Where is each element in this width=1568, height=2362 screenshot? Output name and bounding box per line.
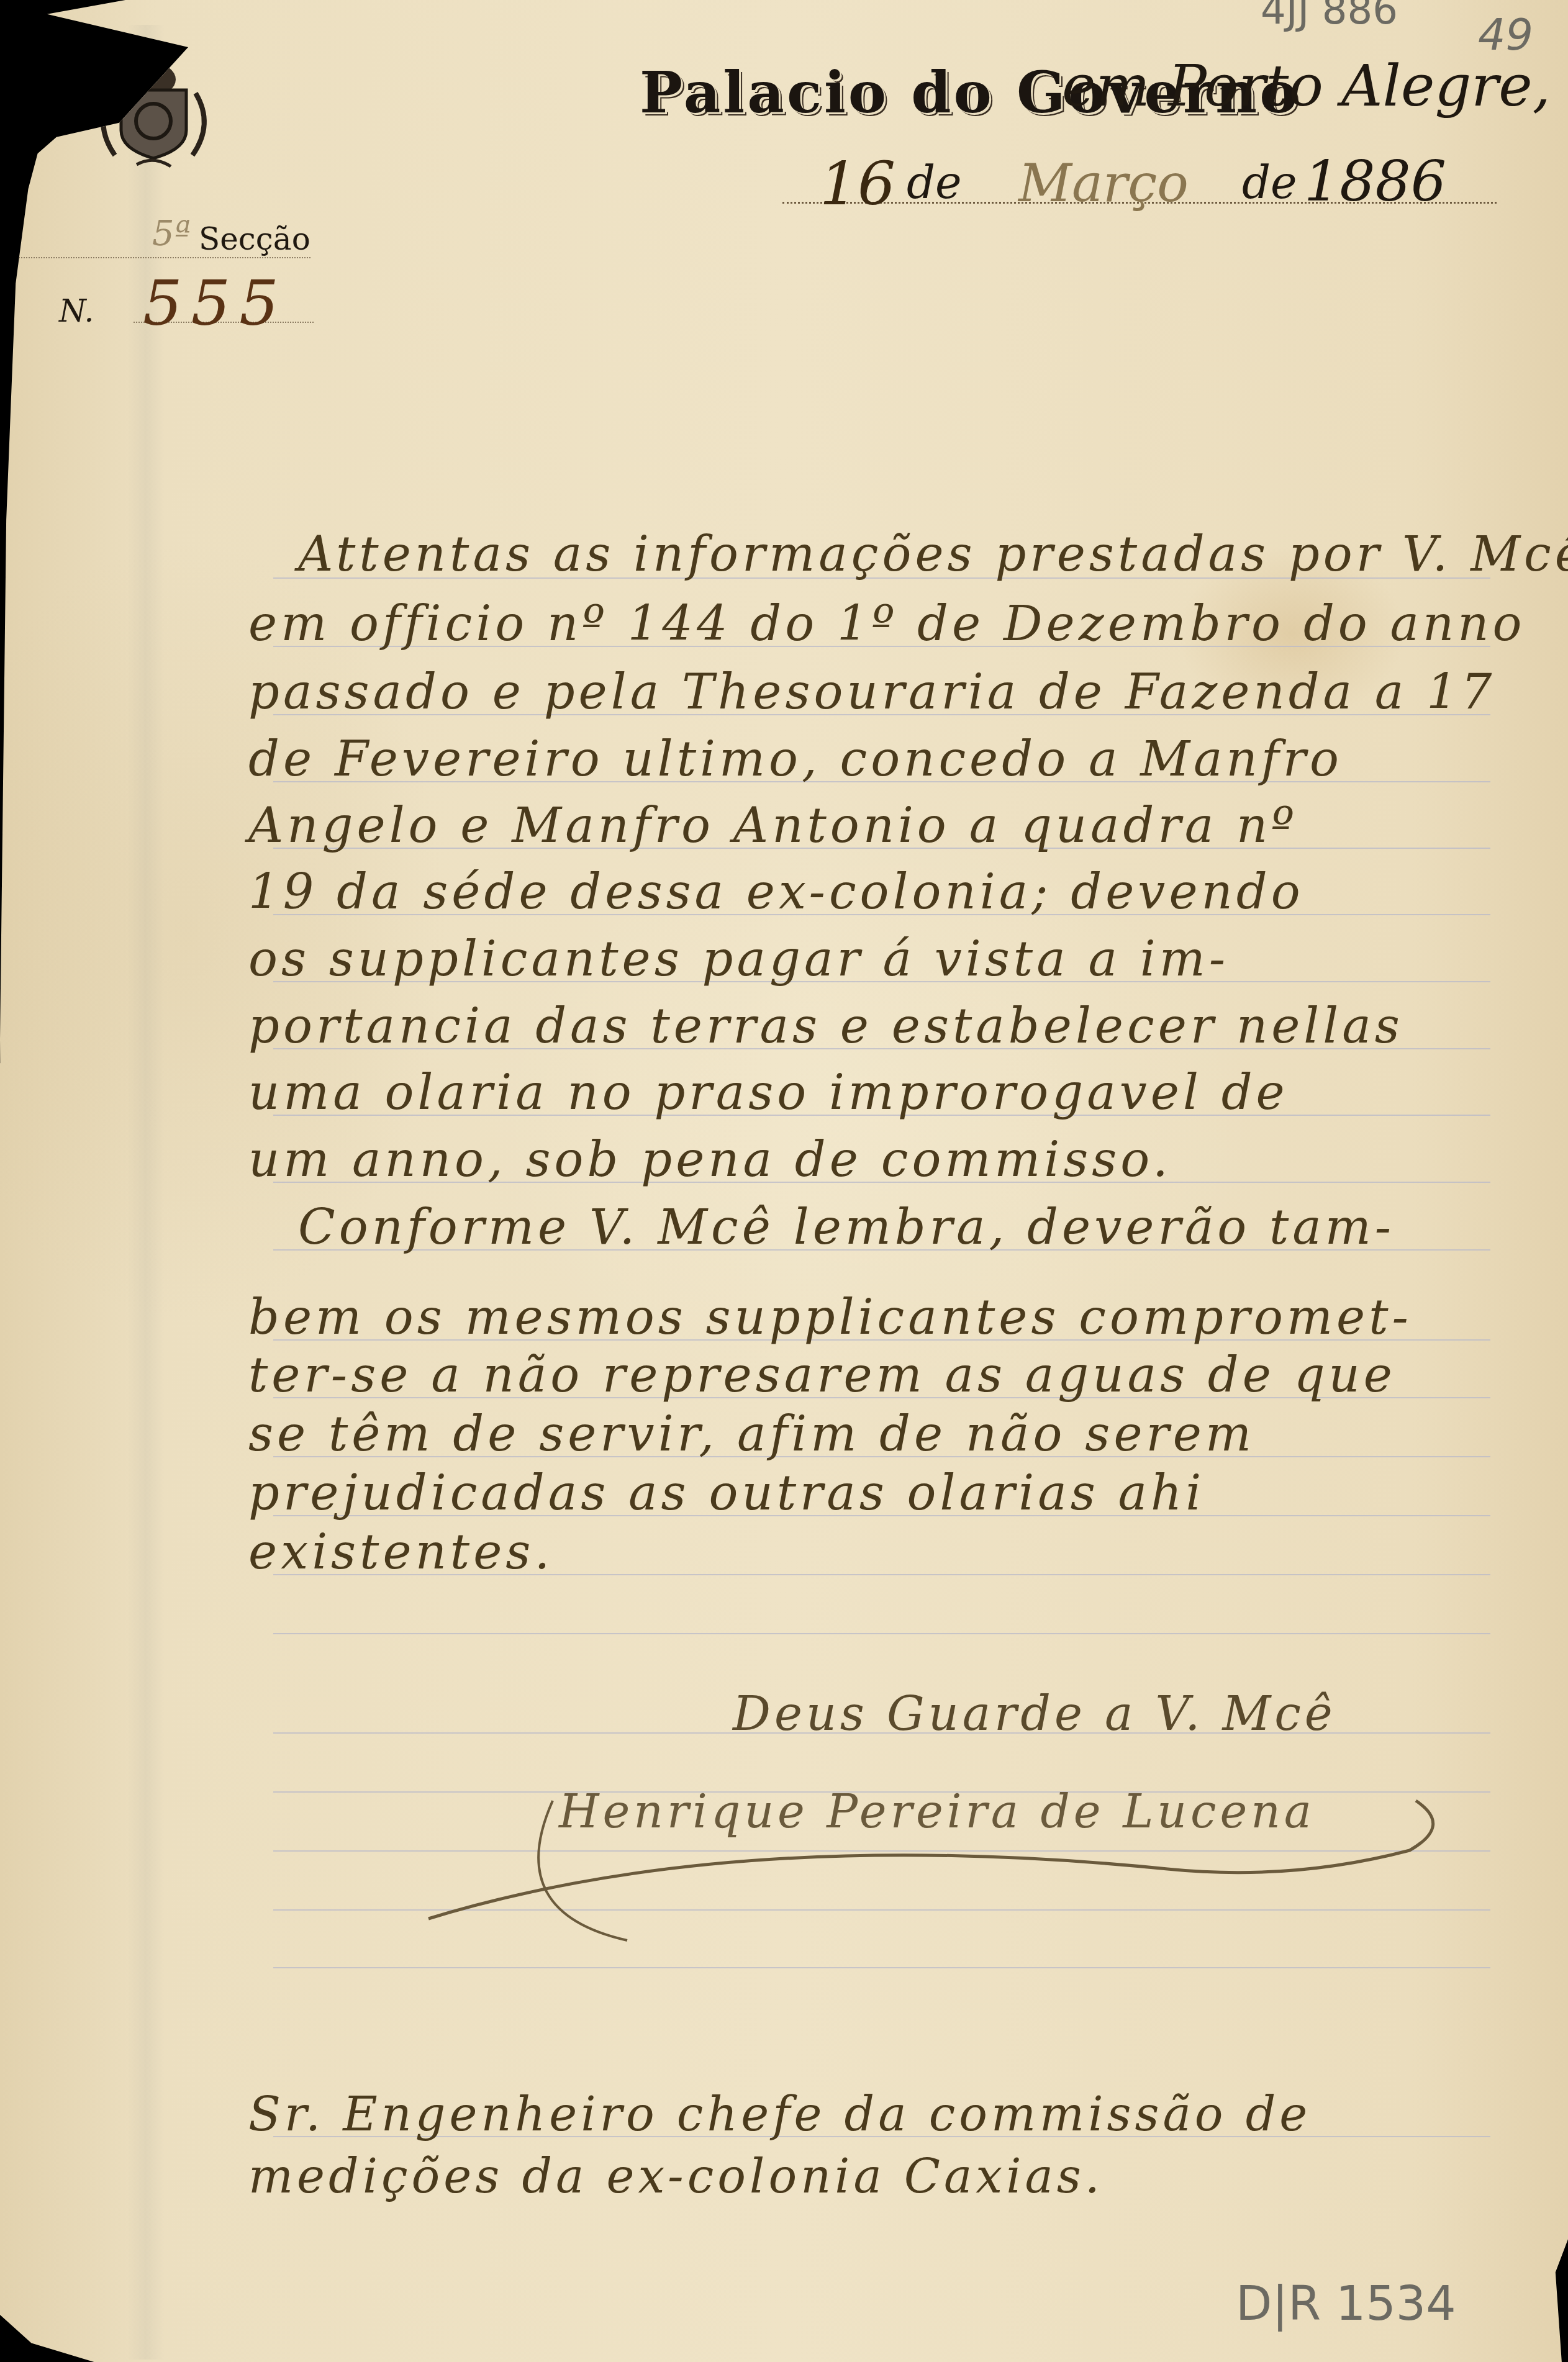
body-line: um anno, sob pena de commisso.: [248, 1132, 1172, 1188]
body-line: os supplicantes pagar á vista a im-: [248, 931, 1229, 987]
body-line: Angelo e Manfro Antonio a quadra nº: [248, 798, 1298, 854]
section-field: 5ª Secção: [19, 217, 310, 267]
body-line: ter-se a não represarem as aguas de que: [248, 1347, 1396, 1403]
section-number: 5ª: [152, 214, 191, 254]
letterhead-place: em Porto Alegre,: [1062, 53, 1551, 119]
signature-flourish-icon: [422, 1788, 1478, 1950]
number-value: 555: [143, 267, 288, 340]
date-month: Março: [1018, 153, 1189, 214]
body-line: uma olaria no praso improrogavel de: [248, 1065, 1289, 1121]
body-line: Conforme V. Mcê lembra, deverão tam-: [298, 1200, 1395, 1256]
coat-of-arms-icon: [87, 56, 224, 180]
body-line: passado e pela Thesouraria de Fazenda a …: [248, 664, 1495, 720]
body-line: em officio nº 144 do 1º de Dezembro do a…: [248, 596, 1526, 652]
paper-fold: [127, 25, 165, 2360]
body-line: portancia das terras e estabelecer nella…: [248, 998, 1403, 1054]
date-year: 1886: [1304, 149, 1446, 214]
date-de: de: [1242, 156, 1297, 209]
date-day: 16: [820, 149, 895, 219]
addressee-line: Sr. Engenheiro chefe da commissão de: [248, 2086, 1311, 2142]
closing-formula: Deus Guarde a V. Mcê: [733, 1686, 1336, 1741]
number-field: N. 555: [59, 267, 314, 335]
body-line: Attentas as informações prestadas por V.…: [298, 527, 1568, 582]
number-label: N.: [59, 293, 94, 329]
ruled-line: [273, 1967, 1490, 1968]
section-label: Secção: [199, 221, 310, 257]
folio-number: 49: [1478, 9, 1533, 60]
ruled-line: [273, 1633, 1490, 1634]
addressee-line: medições da ex-colonia Caxias.: [248, 2148, 1103, 2204]
body-line: existentes.: [248, 1524, 553, 1580]
body-line: se têm de servir, afim de não serem: [248, 1406, 1255, 1462]
archive-reference-bottom: D|R 1534: [1236, 2276, 1456, 2331]
date-line: 16 de Março de 1886: [782, 149, 1497, 211]
body-line: 19 da séde dessa ex-colonia; devendo: [248, 864, 1304, 920]
date-de: de: [907, 156, 962, 209]
document-page: Palacio do Governo em Porto Alegre, 4JJ …: [0, 0, 1568, 2362]
section-underline: [19, 257, 310, 258]
body-line: prejudicadas as outras olarias ahi: [248, 1465, 1205, 1521]
body-line: bem os mesmos supplicantes compromet-: [248, 1290, 1412, 1346]
archive-reference-top: 4JJ 886: [1261, 0, 1398, 34]
body-line: de Fevereiro ultimo, concedo a Manfro: [248, 731, 1343, 787]
